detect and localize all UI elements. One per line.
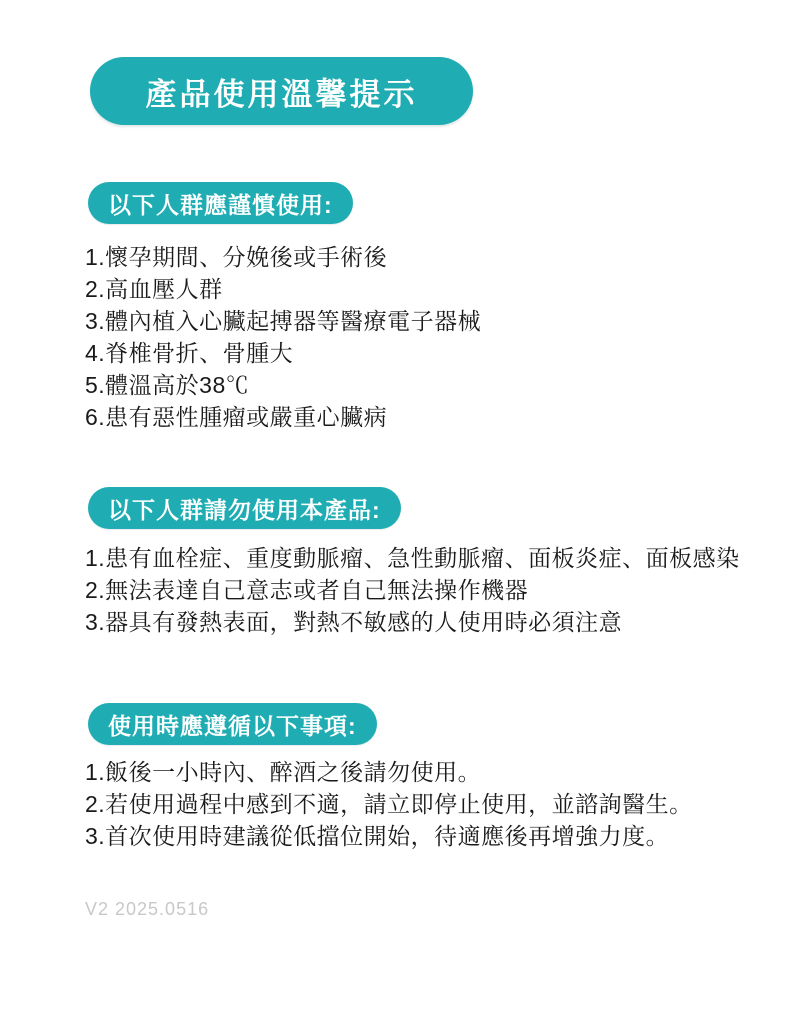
product-usage-notice-page: 產品使用溫馨提示 以下人群應謹慎使用: 1.懷孕期間、分娩後或手術後 2.高血壓… (0, 0, 790, 1020)
list-item: 1.飯後一小時內、醉酒之後請勿使用。 (85, 756, 750, 788)
section-caution-heading: 以下人群應謹慎使用: (108, 187, 333, 220)
section-prohibited-list: 1.患有血栓症、重度動脈瘤、急性動脈瘤、面板炎症、面板感染 2.無法表達自己意志… (85, 542, 750, 638)
list-item: 1.患有血栓症、重度動脈瘤、急性動脈瘤、面板炎症、面板感染 (85, 542, 750, 574)
version-label: V2 2025.0516 (85, 899, 209, 920)
section-prohibited-heading: 以下人群請勿使用本產品: (108, 492, 381, 525)
section-guidelines-list: 1.飯後一小時內、醉酒之後請勿使用。 2.若使用過程中感到不適，請立即停止使用，… (85, 756, 750, 852)
page-title-banner: 產品使用溫馨提示 (90, 57, 473, 125)
list-item: 3.器具有發熱表面，對熱不敏感的人使用時必須注意 (85, 606, 750, 638)
page-title: 產品使用溫馨提示 (146, 69, 418, 114)
list-item: 6.患有惡性腫瘤或嚴重心臟病 (85, 401, 750, 433)
list-item: 2.高血壓人群 (85, 273, 750, 305)
list-item: 1.懷孕期間、分娩後或手術後 (85, 241, 750, 273)
list-item: 5.體溫高於38℃ (85, 369, 750, 401)
list-item: 3.體內植入心臟起搏器等醫療電子器械 (85, 305, 750, 337)
section-guidelines-heading-pill: 使用時應遵循以下事項: (88, 703, 377, 745)
list-item: 2.無法表達自己意志或者自己無法操作機器 (85, 574, 750, 606)
list-item: 2.若使用過程中感到不適，請立即停止使用，並諮詢醫生。 (85, 788, 750, 820)
section-guidelines-heading: 使用時應遵循以下事項: (108, 708, 357, 741)
section-prohibited-heading-pill: 以下人群請勿使用本產品: (88, 487, 401, 529)
section-caution-list: 1.懷孕期間、分娩後或手術後 2.高血壓人群 3.體內植入心臟起搏器等醫療電子器… (85, 241, 750, 433)
list-item: 3.首次使用時建議從低擋位開始，待適應後再增強力度。 (85, 820, 750, 852)
list-item: 4.脊椎骨折、骨腫大 (85, 337, 750, 369)
section-caution-heading-pill: 以下人群應謹慎使用: (88, 182, 353, 224)
